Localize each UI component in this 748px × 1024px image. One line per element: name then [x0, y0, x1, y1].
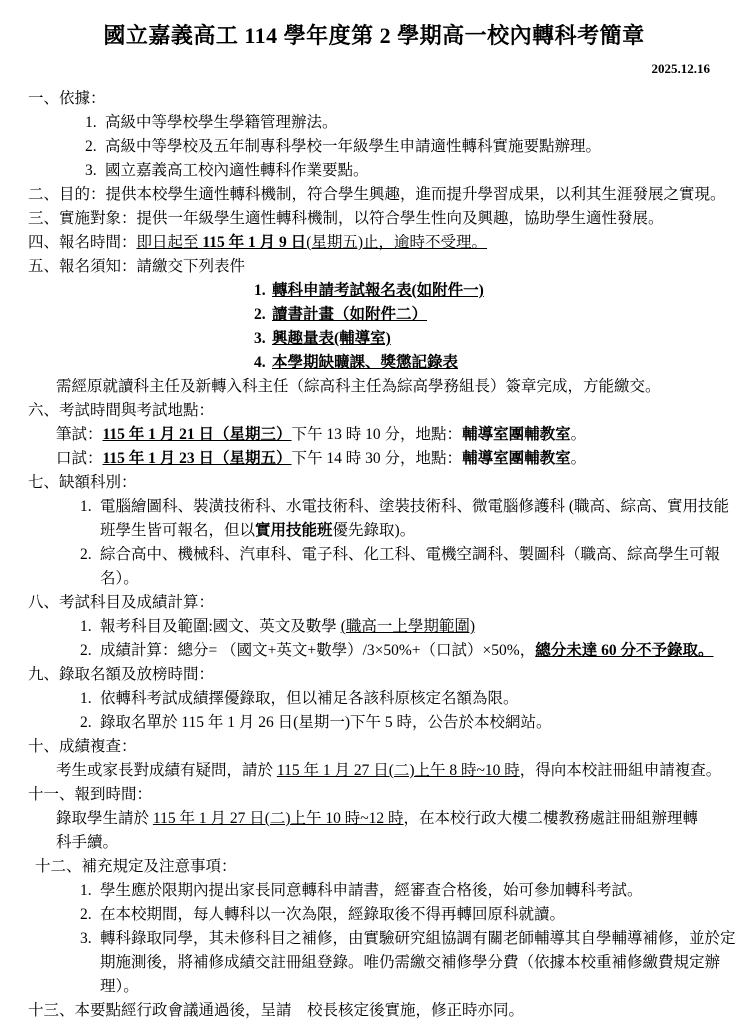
- written-exam-place: 輔導室團輔教室: [462, 426, 571, 443]
- check-in-prefix: 錄取學生請於: [56, 810, 153, 827]
- section-7-heading: 七、缺額科別：: [28, 471, 742, 495]
- item-number: 3.: [85, 159, 105, 183]
- written-exam-date: 115 年 1 月 21 日（星期三）: [103, 426, 292, 443]
- admission-item-2-text: 錄取名單於 115 年 1 月 26 日(星期一)下午 5 時，公告於本校網站。: [100, 714, 552, 731]
- required-form-item-3: 3.興趣量表(輔導室): [28, 327, 742, 351]
- section-1-heading: 一、依據：: [28, 87, 742, 111]
- oral-exam-date: 115 年 1 月 23 日（星期五）: [103, 450, 292, 467]
- item-number: 2.: [80, 639, 100, 663]
- item-number: 3.: [80, 927, 100, 951]
- section-13-approval: 十三、本要點經行政會議通過後，呈請 校長核定後實施，修正時亦同。: [28, 999, 742, 1023]
- item-text: 國立嘉義高工校內適性轉科作業要點。: [105, 162, 369, 179]
- oral-exam-time: 下午 14 時 30 分，地點：: [292, 450, 463, 467]
- form-item-text: 讀書計畫（如附件二）: [272, 306, 427, 323]
- form-item-text: 興趣量表(輔導室): [272, 330, 391, 347]
- item-number: 2.: [80, 903, 100, 927]
- supplementary-item-1: 1.學生應於限期內提出家長同意轉科申請書，經審查合格後，始可參加轉科考試。: [28, 879, 742, 903]
- passing-score-rule: 總分未達 60 分不予錄取。: [535, 642, 713, 659]
- form-item-number: 1.: [254, 279, 272, 303]
- section-2-purpose: 二、目的：提供本校學生適性轉科機制，符合學生興趣，進而提升學習成果，以利其生涯發…: [28, 183, 742, 207]
- written-exam-line: 筆試：115 年 1 月 21 日（星期三）下午 13 時 10 分，地點：輔導…: [28, 423, 742, 447]
- item-number: 1.: [80, 615, 100, 639]
- score-review-suffix: ，得向本校註冊組申請複查。: [520, 762, 722, 779]
- vacancy-item-1: 1.電腦繪圖科、裝潢技術科、水電技術科、塗裝技術科、微電腦修護科 (職高、綜高、…: [28, 495, 742, 543]
- section-1-item-1: 1.高級中等學校學生學籍管理辦法。: [28, 111, 742, 135]
- oral-exam-line: 口試：115 年 1 月 23 日（星期五）下午 14 時 30 分，地點：輔導…: [28, 447, 742, 471]
- section-1-item-2: 2.高級中等學校及五年制專科學校一年級學生申請適性轉科實施要點辦理。: [28, 135, 742, 159]
- item-number: 1.: [80, 879, 100, 903]
- section-12-heading: 十二、補充規定及注意事項：: [28, 855, 742, 879]
- required-form-item-1: 1.轉科申請考試報名表(如附件一): [28, 279, 742, 303]
- section-11-heading: 十一、報到時間：: [28, 783, 742, 807]
- section-3-target: 三、實施對象：提供一年級學生適性轉科機制，以符合學生性向及興趣，協助學生適性發展…: [28, 207, 742, 231]
- section-5-note: 需經原就讀科主任及新轉入科主任（綜高科主任為綜高學務組長）簽章完成，方能繳交。: [28, 375, 742, 399]
- section-4-label: 四、報名時間：: [28, 234, 137, 251]
- form-item-text: 本學期缺曠課、獎懲記錄表: [272, 354, 458, 371]
- priority-class-bold: 實用技能班: [255, 522, 333, 539]
- written-exam-end: 。: [571, 426, 587, 443]
- supplementary-item-2-text: 在本校期間，每人轉科以一次為限，經錄取後不得再轉回原科就讀。: [100, 906, 565, 923]
- score-formula-text: 成績計算：總分= （國文+英文+數學）/3×50%+（口試）×50%，: [100, 642, 535, 659]
- supplementary-item-1-text: 學生應於限期內提出家長同意轉科申請書，經審查合格後，始可參加轉科考試。: [100, 882, 643, 899]
- item-number: 1.: [80, 495, 100, 519]
- item-number: 2.: [80, 543, 100, 567]
- section-8-heading: 八、考試科目及成績計算：: [28, 591, 742, 615]
- supplementary-item-2: 2.在本校期間，每人轉科以一次為限，經錄取後不得再轉回原科就讀。: [28, 903, 742, 927]
- document-date: 2025.12.16: [28, 60, 710, 77]
- admission-item-1-text: 依轉科考試成績擇優錄取，但以補足各該科原核定名額為限。: [100, 690, 519, 707]
- vacancy-item-1-tail: 優先錄取)。: [333, 522, 416, 539]
- score-review-window: 115 年 1 月 27 日(二)上午 8 時~10 時: [277, 762, 520, 779]
- item-number: 1.: [85, 111, 105, 135]
- exam-subject-item: 1.報考科目及範圍:國文、英文及數學 (職高一上學期範圍): [28, 615, 742, 639]
- section-6-heading: 六、考試時間與考試地點：: [28, 399, 742, 423]
- required-form-item-4: 4.本學期缺曠課、獎懲記錄表: [28, 351, 742, 375]
- section-10-heading: 十、成績複查：: [28, 735, 742, 759]
- section-5-heading: 五、報名須知：請繳交下列表件: [28, 255, 742, 279]
- item-text: 高級中等學校學生學籍管理辦法。: [105, 114, 338, 131]
- exam-subject-text: 報考科目及範圍:國文、英文及數學: [100, 618, 341, 635]
- form-item-number: 3.: [254, 327, 272, 351]
- registration-deadline: 即日起至 115 年 1 月 9 日(星期五)止，逾時不受理。: [137, 234, 488, 251]
- oral-exam-end: 。: [571, 450, 587, 467]
- admission-item-1: 1.依轉科考試成績擇優錄取，但以補足各該科原核定名額為限。: [28, 687, 742, 711]
- deadline-suffix: (星期五)止，逾時不受理。: [306, 234, 487, 251]
- form-item-text: 轉科申請考試報名表(如附件一): [272, 282, 484, 299]
- written-exam-time: 下午 13 時 10 分，地點：: [292, 426, 463, 443]
- check-in-window: 115 年 1 月 27 日(二)上午 10 時~12 時: [153, 810, 404, 827]
- item-number: 1.: [80, 687, 100, 711]
- item-number: 2.: [85, 135, 105, 159]
- item-number: 2.: [80, 711, 100, 735]
- vacancy-item-2: 2.綜合高中、機械科、汽車科、電子科、化工科、電機空調科、製圖科（職高、綜高學生…: [28, 543, 742, 591]
- admission-item-2: 2.錄取名單於 115 年 1 月 26 日(星期一)下午 5 時，公告於本校網…: [28, 711, 742, 735]
- section-4-registration-period: 四、報名時間：即日起至 115 年 1 月 9 日(星期五)止，逾時不受理。: [28, 231, 742, 255]
- item-text: 高級中等學校及五年制專科學校一年級學生申請適性轉科實施要點辦理。: [105, 138, 601, 155]
- score-review-prefix: 考生或家長對成績有疑問，請於: [56, 762, 277, 779]
- deadline-date: 115 年 1 月 9 日: [202, 234, 306, 251]
- oral-exam-label: 口試：: [56, 450, 103, 467]
- written-exam-label: 筆試：: [56, 426, 103, 443]
- check-in-paragraph: 錄取學生請於 115 年 1 月 27 日(二)上午 10 時~12 時，在本校…: [28, 807, 712, 855]
- form-item-number: 2.: [254, 303, 272, 327]
- document-title: 國立嘉義高工 114 學年度第 2 學期高一校內轉科考簡章: [28, 22, 720, 50]
- supplementary-item-3-text: 轉科錄取同學，其未修科目之補修，由實驗研究組協調有關老師輔導其自學輔導補修，並於…: [100, 930, 736, 995]
- score-formula-item: 2.成績計算：總分= （國文+英文+數學）/3×50%+（口試）×50%，總分未…: [28, 639, 742, 663]
- form-item-number: 4.: [254, 351, 272, 375]
- supplementary-item-3: 3.轉科錄取同學，其未修科目之補修，由實驗研究組協調有關老師輔導其自學輔導補修，…: [28, 927, 742, 999]
- section-1-item-3: 3.國立嘉義高工校內適性轉科作業要點。: [28, 159, 742, 183]
- oral-exam-place: 輔導室團輔教室: [462, 450, 571, 467]
- document-page: 國立嘉義高工 114 學年度第 2 學期高一校內轉科考簡章 2025.12.16…: [0, 0, 748, 1024]
- required-form-item-2: 2.讀書計畫（如附件二）: [28, 303, 742, 327]
- exam-scope-underline: (職高一上學期範圍): [341, 618, 475, 635]
- section-9-heading: 九、錄取名額及放榜時間：: [28, 663, 742, 687]
- vacancy-item-2-text: 綜合高中、機械科、汽車科、電子科、化工科、電機空調科、製圖科（職高、綜高學生可報…: [100, 546, 720, 587]
- deadline-prefix: 即日起至: [137, 234, 203, 251]
- score-review-paragraph: 考生或家長對成績有疑問，請於 115 年 1 月 27 日(二)上午 8 時~1…: [28, 759, 742, 783]
